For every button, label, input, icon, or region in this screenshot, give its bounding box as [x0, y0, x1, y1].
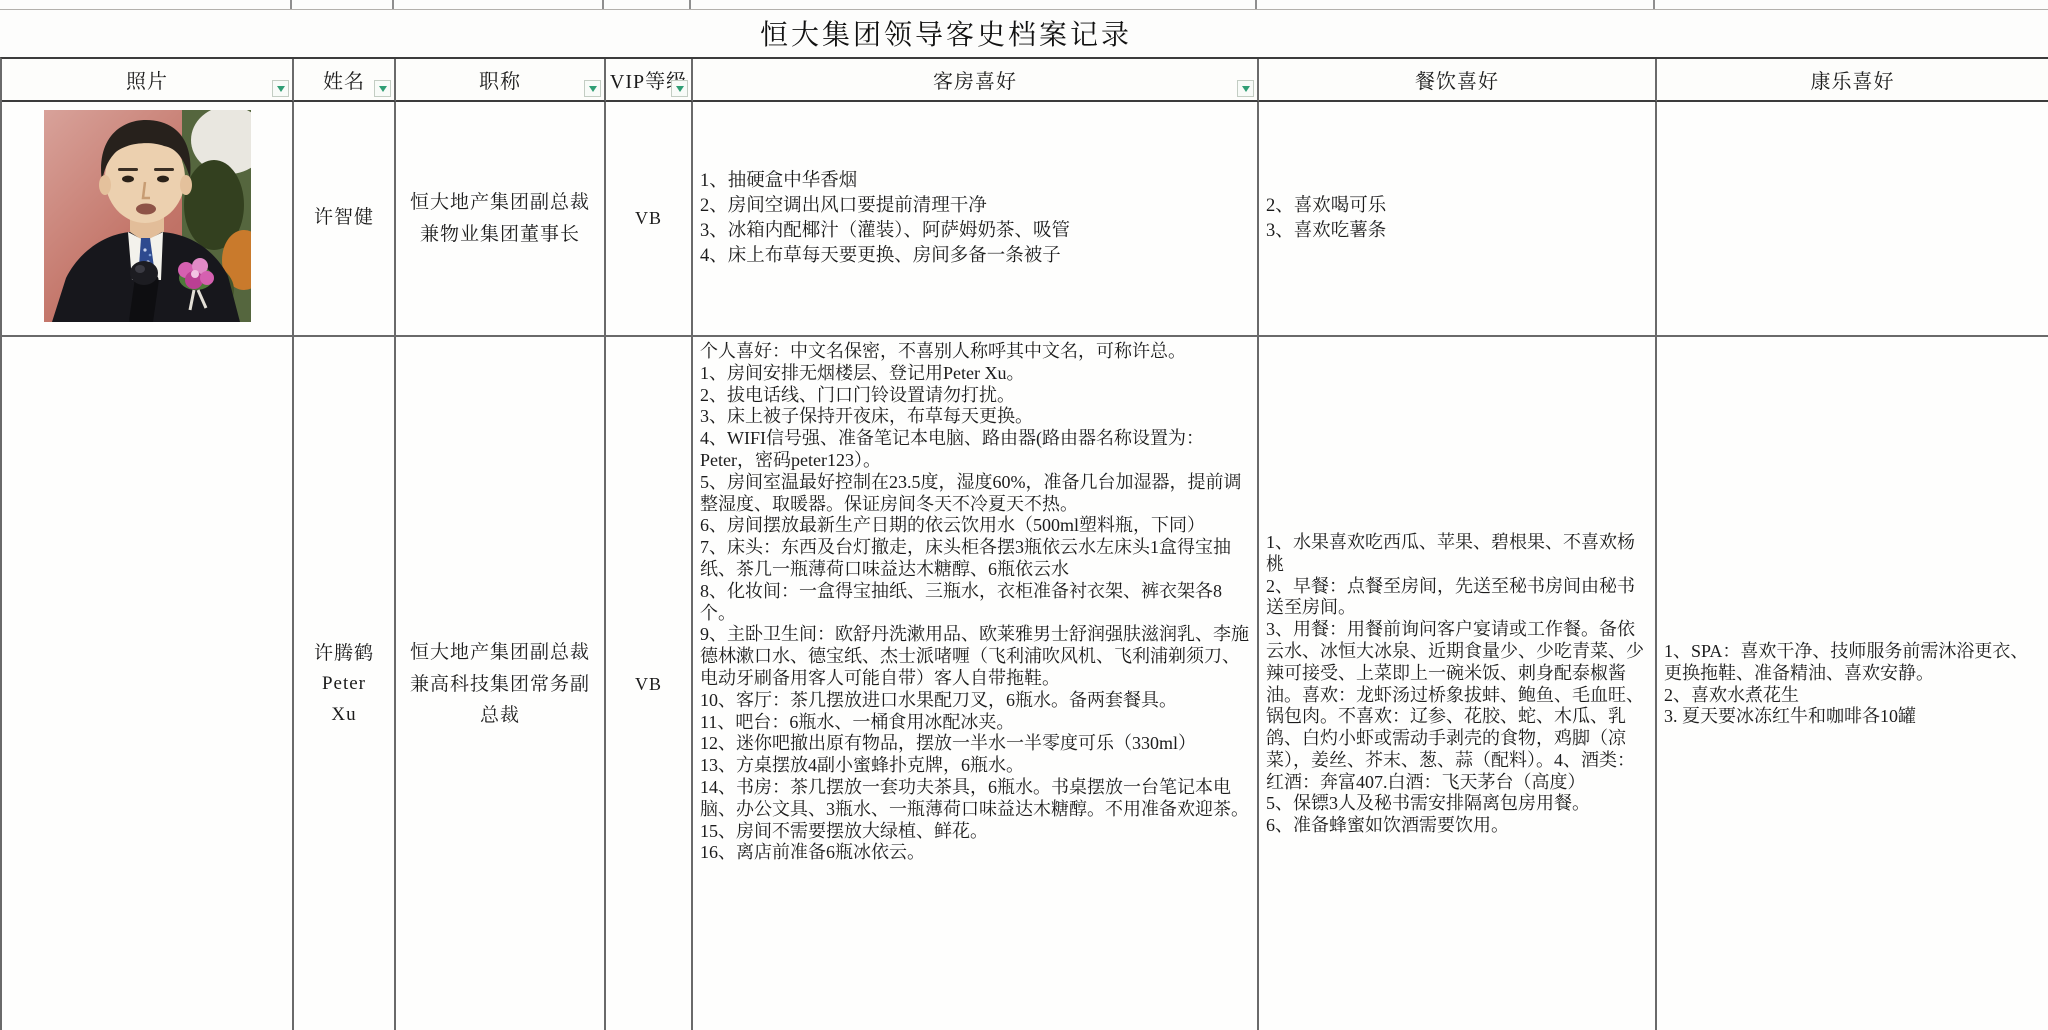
- col-header-recreation-preferences[interactable]: 康乐喜好: [1657, 59, 2048, 102]
- spreadsheet-page: 恒大集团领导客史档案记录 照片 姓名 职称 VIP等级 客房喜好 餐饮喜好 康乐…: [0, 0, 2048, 1030]
- guest-name: 许智健: [314, 203, 374, 233]
- chevron-down-icon: [676, 86, 684, 92]
- grid-line: [392, 0, 394, 9]
- cell-photo-row2[interactable]: [2, 337, 294, 1030]
- cell-dining-preferences-row2[interactable]: 1、水果喜欢吃西瓜、苹果、碧根果、不喜欢杨桃 2、早餐：点餐至房间，先送至秘书房…: [1259, 337, 1657, 1030]
- guest-job-title: 恒大地产集团副总裁 兼高科技集团常务副 总裁: [406, 637, 594, 731]
- col-header-dining-preferences-label: 餐饮喜好: [1415, 65, 1499, 94]
- cell-photo-row1[interactable]: [2, 102, 294, 337]
- cell-job-title-row2[interactable]: 恒大地产集团副总裁 兼高科技集团常务副 总裁: [396, 337, 606, 1030]
- col-header-room-preferences-label: 客房喜好: [933, 65, 1017, 94]
- vip-level: VB: [635, 674, 662, 695]
- recreation-preferences-text: 1、SPA：喜欢干净、技师服务前需沐浴更衣、更换拖鞋、准备精油、喜欢安静。 2、…: [1657, 637, 2048, 732]
- grid-line: [1653, 0, 1655, 9]
- room-preferences-text: 个人喜好：中文名保密，不喜别人称呼其中文名，可称许总。 1、房间安排无烟楼层、登…: [693, 337, 1257, 868]
- col-header-room-preferences[interactable]: 客房喜好: [693, 59, 1259, 102]
- cell-dining-preferences-row1[interactable]: 2、喜欢喝可乐 3、喜欢吃薯条: [1259, 102, 1657, 337]
- cell-name-row1[interactable]: 许智健: [294, 102, 396, 337]
- page-title: 恒大集团领导客史档案记录: [760, 13, 1132, 53]
- filter-dropdown-icon[interactable]: [584, 80, 601, 97]
- chevron-down-icon: [1242, 86, 1250, 92]
- dining-preferences-text: 2、喜欢喝可乐 3、喜欢吃薯条: [1259, 190, 1655, 248]
- col-header-dining-preferences[interactable]: 餐饮喜好: [1259, 59, 1657, 102]
- col-header-photo-label: 照片: [126, 65, 168, 94]
- partial-row-above: [0, 0, 2048, 10]
- col-header-job-title[interactable]: 职称: [396, 59, 606, 102]
- filter-dropdown-icon[interactable]: [374, 80, 391, 97]
- filter-dropdown-icon[interactable]: [272, 80, 289, 97]
- filter-dropdown-icon[interactable]: [671, 80, 688, 97]
- cell-job-title-row1[interactable]: 恒大地产集团副总裁 兼物业集团董事长: [396, 102, 606, 337]
- portrait-photo: [44, 110, 251, 322]
- filter-dropdown-icon[interactable]: [1237, 80, 1254, 97]
- cell-vip-level-row2[interactable]: VB: [606, 337, 693, 1030]
- vip-level: VB: [635, 208, 662, 229]
- dining-preferences-text: 1、水果喜欢吃西瓜、苹果、碧根果、不喜欢杨桃 2、早餐：点餐至房间，先送至秘书房…: [1259, 528, 1655, 841]
- room-preferences-text: 1、抽硬盒中华香烟 2、房间空调出风口要提前清理干净 3、冰箱内配椰汁（灌装）、…: [693, 165, 1257, 273]
- title-row: 恒大集团领导客史档案记录: [0, 10, 1892, 56]
- col-header-name[interactable]: 姓名: [294, 59, 396, 102]
- guest-history-table: 照片 姓名 职称 VIP等级 客房喜好 餐饮喜好 康乐喜好: [0, 57, 2048, 1030]
- cell-recreation-preferences-row1[interactable]: [1657, 102, 2048, 337]
- cell-room-preferences-row1[interactable]: 1、抽硬盒中华香烟 2、房间空调出风口要提前清理干净 3、冰箱内配椰汁（灌装）、…: [693, 102, 1259, 337]
- cell-room-preferences-row2[interactable]: 个人喜好：中文名保密，不喜别人称呼其中文名，可称许总。 1、房间安排无烟楼层、登…: [693, 337, 1259, 1030]
- grid-line: [689, 0, 691, 9]
- recreation-preferences-text: [1657, 215, 2048, 223]
- grid-line: [1255, 0, 1257, 9]
- chevron-down-icon: [589, 86, 597, 92]
- chevron-down-icon: [379, 86, 387, 92]
- grid-line: [602, 0, 604, 9]
- col-header-vip-level[interactable]: VIP等级: [606, 59, 693, 102]
- cell-vip-level-row1[interactable]: VB: [606, 102, 693, 337]
- grid-line: [290, 0, 292, 9]
- cell-name-row2[interactable]: 许腾鹤 Peter Xu: [294, 337, 396, 1030]
- guest-name: 许腾鹤 Peter Xu: [314, 639, 374, 730]
- guest-job-title: 恒大地产集团副总裁 兼物业集团董事长: [406, 187, 594, 250]
- col-header-recreation-preferences-label: 康乐喜好: [1811, 65, 1895, 94]
- chevron-down-icon: [277, 86, 285, 92]
- col-header-name-label: 姓名: [323, 65, 365, 94]
- col-header-job-title-label: 职称: [479, 65, 521, 94]
- cell-recreation-preferences-row2[interactable]: 1、SPA：喜欢干净、技师服务前需沐浴更衣、更换拖鞋、准备精油、喜欢安静。 2、…: [1657, 337, 2048, 1030]
- col-header-photo[interactable]: 照片: [2, 59, 294, 102]
